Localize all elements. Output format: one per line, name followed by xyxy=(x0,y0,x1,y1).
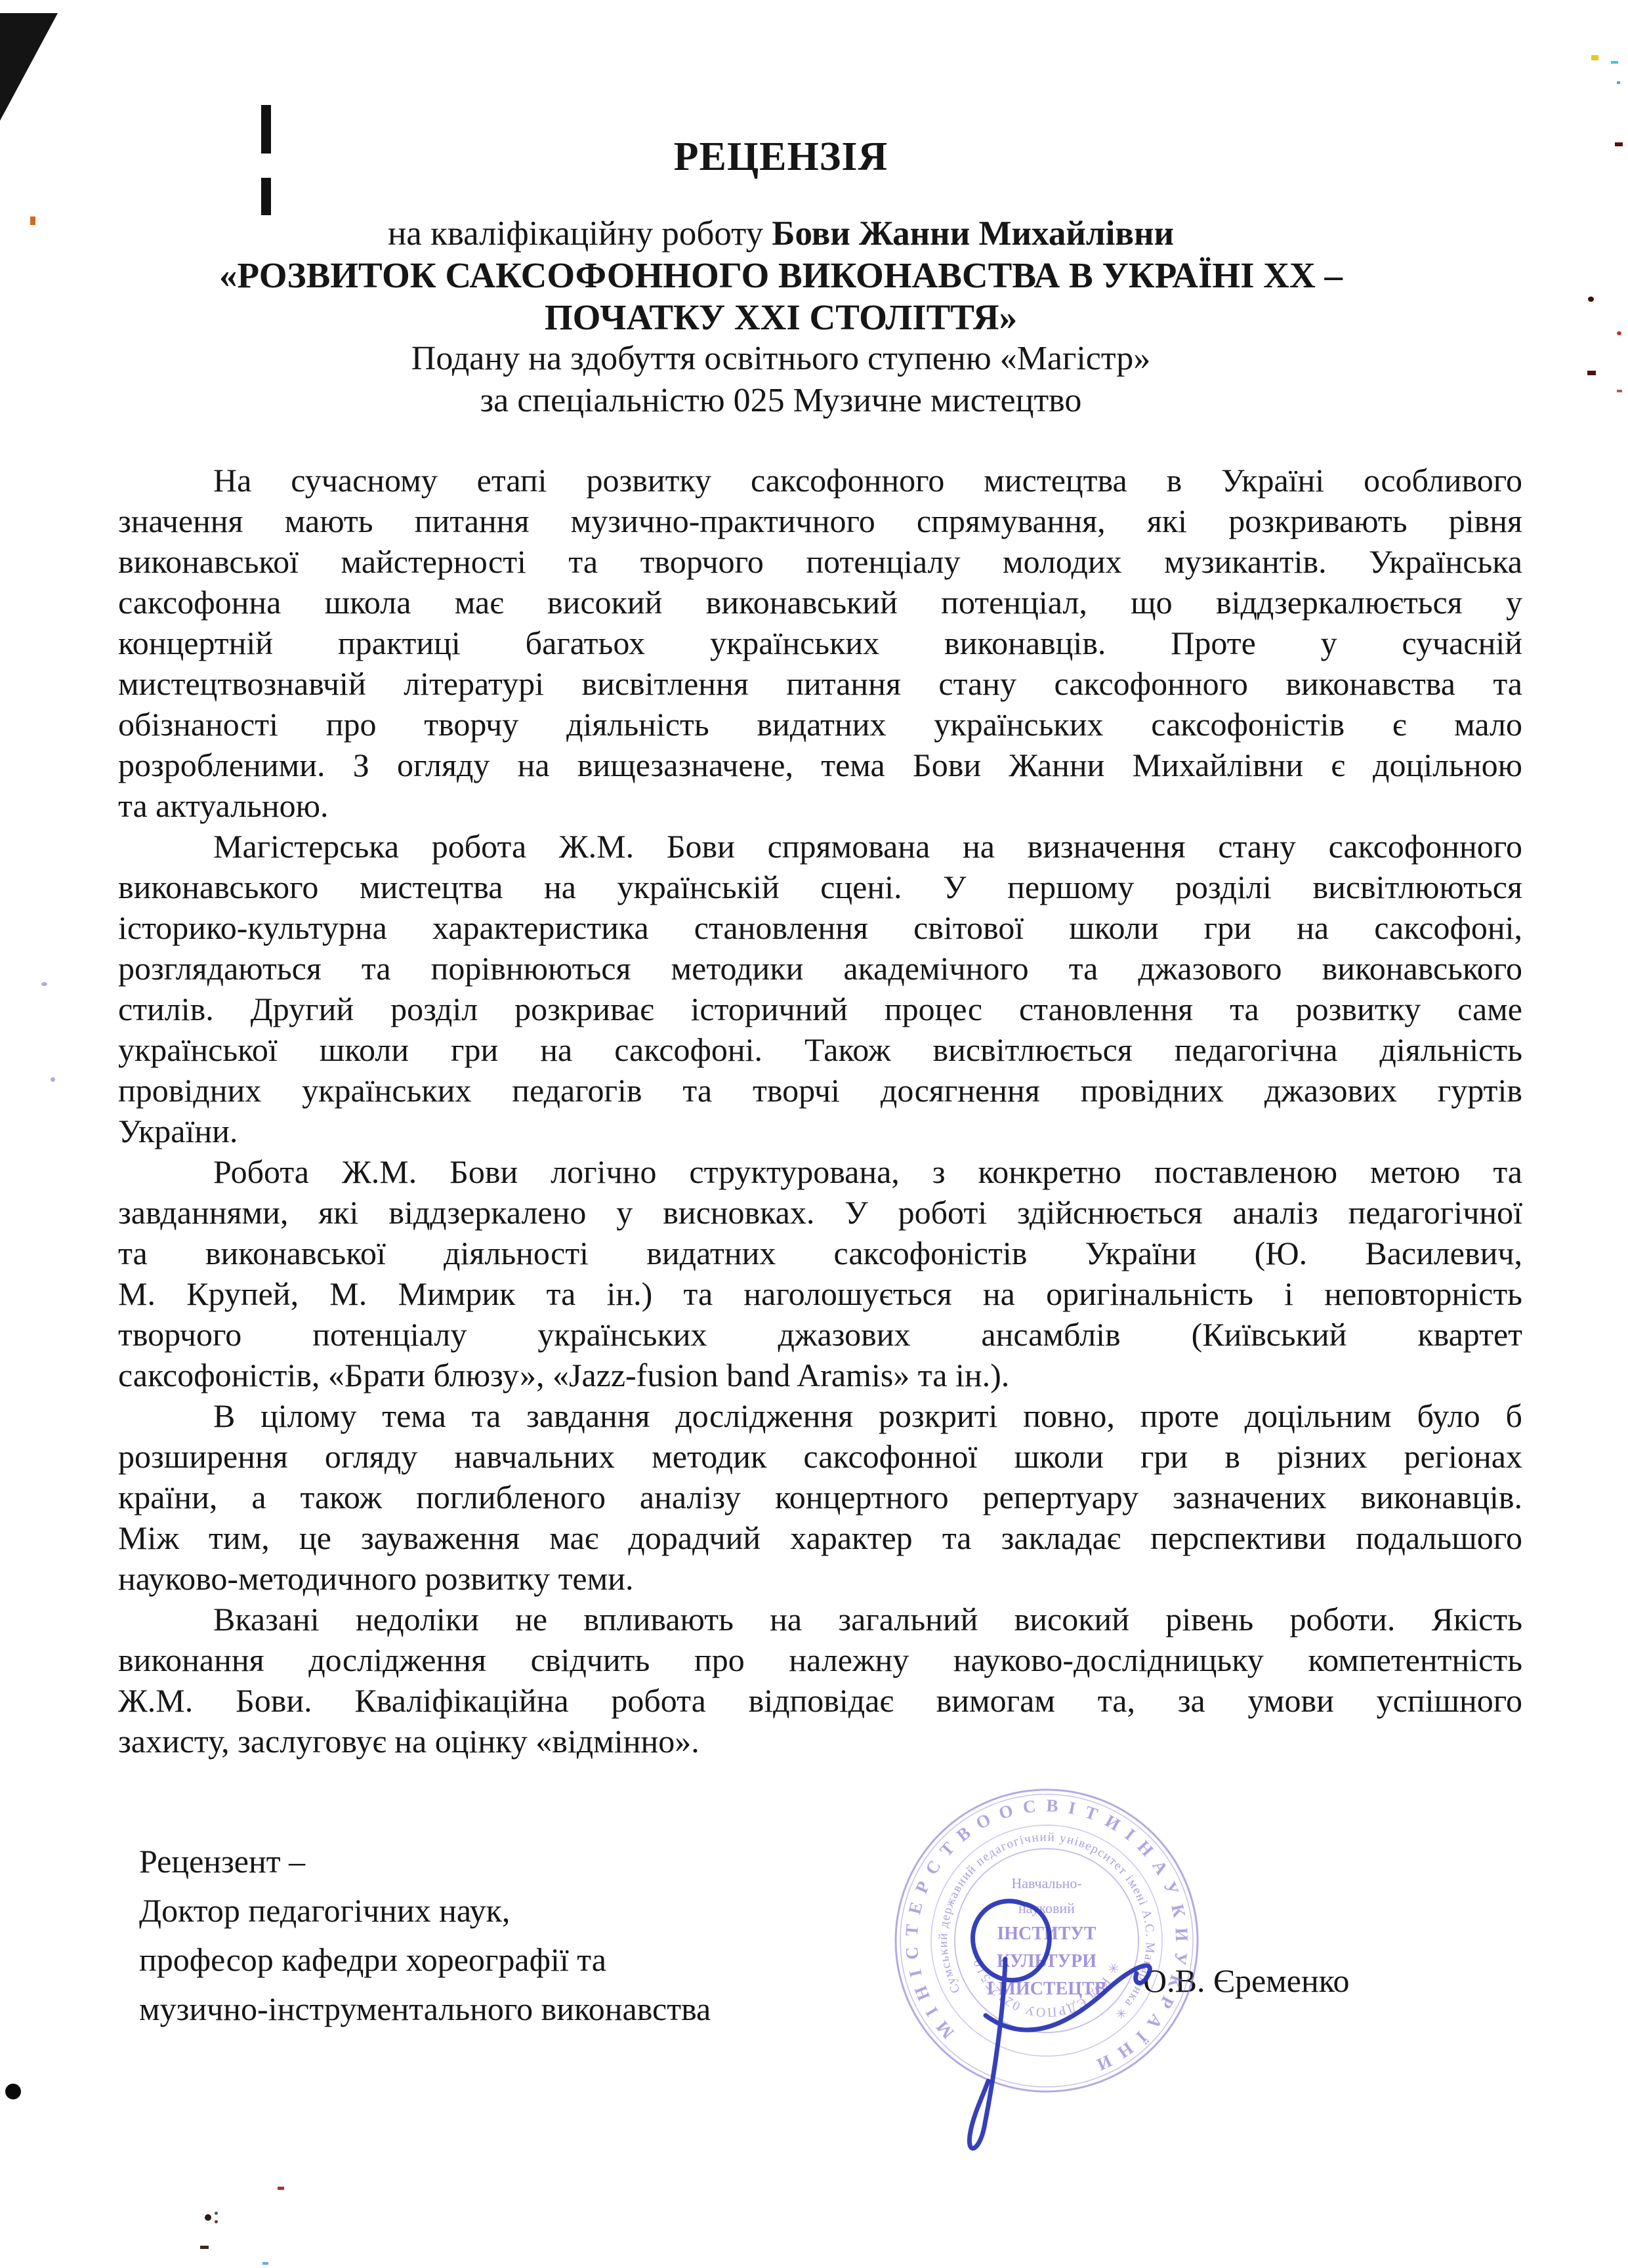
scan-artifact xyxy=(51,1077,55,1082)
body-line: виконавського мистецтва на українській с… xyxy=(118,867,1522,907)
body-line: мистецтвознавчій літературі висвітлення … xyxy=(118,663,1522,704)
body-line: Робота Ж.М. Бови логічно структурована, … xyxy=(118,1151,1522,1192)
document-page: РЕЦЕНЗІЯ на кваліфікаційну роботу Бови Ж… xyxy=(0,0,1628,2268)
body-line: та виконавської діяльності видатних сакс… xyxy=(118,1233,1522,1273)
body-line: концертній практиці багатьох українських… xyxy=(118,623,1522,663)
handwritten-signature xyxy=(925,1876,1201,2178)
body-line: розширення огляду навчальних методик сак… xyxy=(118,1436,1522,1477)
body-line: завданнями, які віддзеркалено у висновка… xyxy=(118,1192,1522,1233)
scan-artifact xyxy=(205,2214,211,2221)
body-line: значення мають питання музично-практично… xyxy=(118,501,1522,541)
degree-line: Подану на здобуття освітнього ступеню «М… xyxy=(0,339,1562,378)
body-line: розглядаються та порівнюються методики а… xyxy=(118,948,1522,989)
scan-artifact xyxy=(200,2246,209,2249)
body-line: М. Крупей, М. Мимрик та ін.) та наголошу… xyxy=(118,1273,1522,1314)
body-line: саксофоністів, «Брати блюзу», «Jazz-fusi… xyxy=(118,1355,1522,1395)
reviewer-label: Рецензент – xyxy=(139,1837,927,1886)
scan-artifact xyxy=(5,2084,21,2099)
body-line: виконання дослідження свідчить про належ… xyxy=(118,1639,1522,1680)
body-line: обізнаності про творчу діяльність видатн… xyxy=(118,704,1522,745)
document-title: РЕЦЕНЗІЯ xyxy=(0,134,1562,180)
scan-artifact xyxy=(215,2212,218,2215)
body-line: саксофонна школа має високий виконавськи… xyxy=(118,582,1522,623)
body-line: Між тим, це зауваження має дорадчий хара… xyxy=(118,1517,1522,1558)
scan-artifact xyxy=(261,178,271,215)
specialty-line: за спеціальністю 025 Музичне мистецтво xyxy=(0,381,1562,420)
scan-artifact xyxy=(278,2187,284,2190)
author-name: Бови Жанни Михайлівни xyxy=(772,215,1174,253)
body-line: В цілому тема та завдання дослідження ро… xyxy=(118,1395,1522,1436)
body-line: української школи гри на саксофоні. Тако… xyxy=(118,1029,1522,1070)
body-line: країни, а також поглибленого аналізу кон… xyxy=(118,1477,1522,1517)
scan-artifact xyxy=(1615,142,1623,146)
reviewer-position-1: професор кафедри хореографії та xyxy=(139,1935,927,1985)
body-line: України. xyxy=(118,1111,1522,1151)
body-line: Вказані недоліки не впливають на загальн… xyxy=(118,1599,1522,1639)
body-line: Ж.М. Бови. Кваліфікаційна робота відпові… xyxy=(118,1680,1522,1721)
body-line: виконавської майстерності та творчого по… xyxy=(118,541,1522,582)
scan-artifact xyxy=(262,2262,268,2265)
signature-graphic xyxy=(925,1876,1201,2178)
body-line: захисту, заслуговує на оцінку «відмінно»… xyxy=(118,1721,1522,1762)
body-line: розробленими. З огляду на вищезазначене,… xyxy=(118,745,1522,785)
scan-artifact xyxy=(1611,61,1618,64)
body-line: історико-культурна характеристика станов… xyxy=(118,907,1522,948)
body-line: науково-методичного розвитку теми. xyxy=(118,1558,1522,1599)
body-text: На сучасному етапі розвитку саксофонного… xyxy=(118,460,1522,1762)
scan-artifact xyxy=(1587,371,1596,375)
scan-artifact xyxy=(1617,390,1622,392)
scan-artifact xyxy=(30,216,35,225)
scan-artifact xyxy=(41,982,47,986)
body-line: Магістерська робота Ж.М. Бови спрямована… xyxy=(118,826,1522,867)
work-title-line-1: «РОЗВИТОК САКСОФОННОГО ВИКОНАВСТВА В УКР… xyxy=(0,255,1562,296)
body-line: провідних українських педагогів та творч… xyxy=(118,1070,1522,1111)
scan-artifact xyxy=(215,2220,218,2223)
scan-artifact xyxy=(1617,81,1620,84)
scan-artifact xyxy=(261,105,271,154)
signature-block: Рецензент – Доктор педагогічних наук, пр… xyxy=(139,1837,927,2034)
body-line: На сучасному етапі розвитку саксофонного… xyxy=(118,460,1522,501)
body-line: та актуальною. xyxy=(118,785,1522,826)
body-line: стилів. Другий розділ розкриває історичн… xyxy=(118,989,1522,1029)
reviewer-degree: Доктор педагогічних наук, xyxy=(139,1886,927,1935)
scan-artifact xyxy=(1617,331,1621,335)
body-line: творчого потенціалу українських джазових… xyxy=(118,1314,1522,1355)
work-reference-line: на кваліфікаційну роботу Бови Жанни Миха… xyxy=(0,214,1562,253)
reviewer-position-2: музично-інструментального виконавства xyxy=(139,1985,927,2034)
scan-artifact xyxy=(1591,55,1598,60)
scan-artifact xyxy=(1588,297,1594,302)
work-reference-prefix: на кваліфікаційну роботу xyxy=(388,215,772,253)
scan-artifact xyxy=(0,13,58,121)
work-title-line-2: ПОЧАТКУ ХХІ СТОЛІТТЯ» xyxy=(0,297,1562,338)
